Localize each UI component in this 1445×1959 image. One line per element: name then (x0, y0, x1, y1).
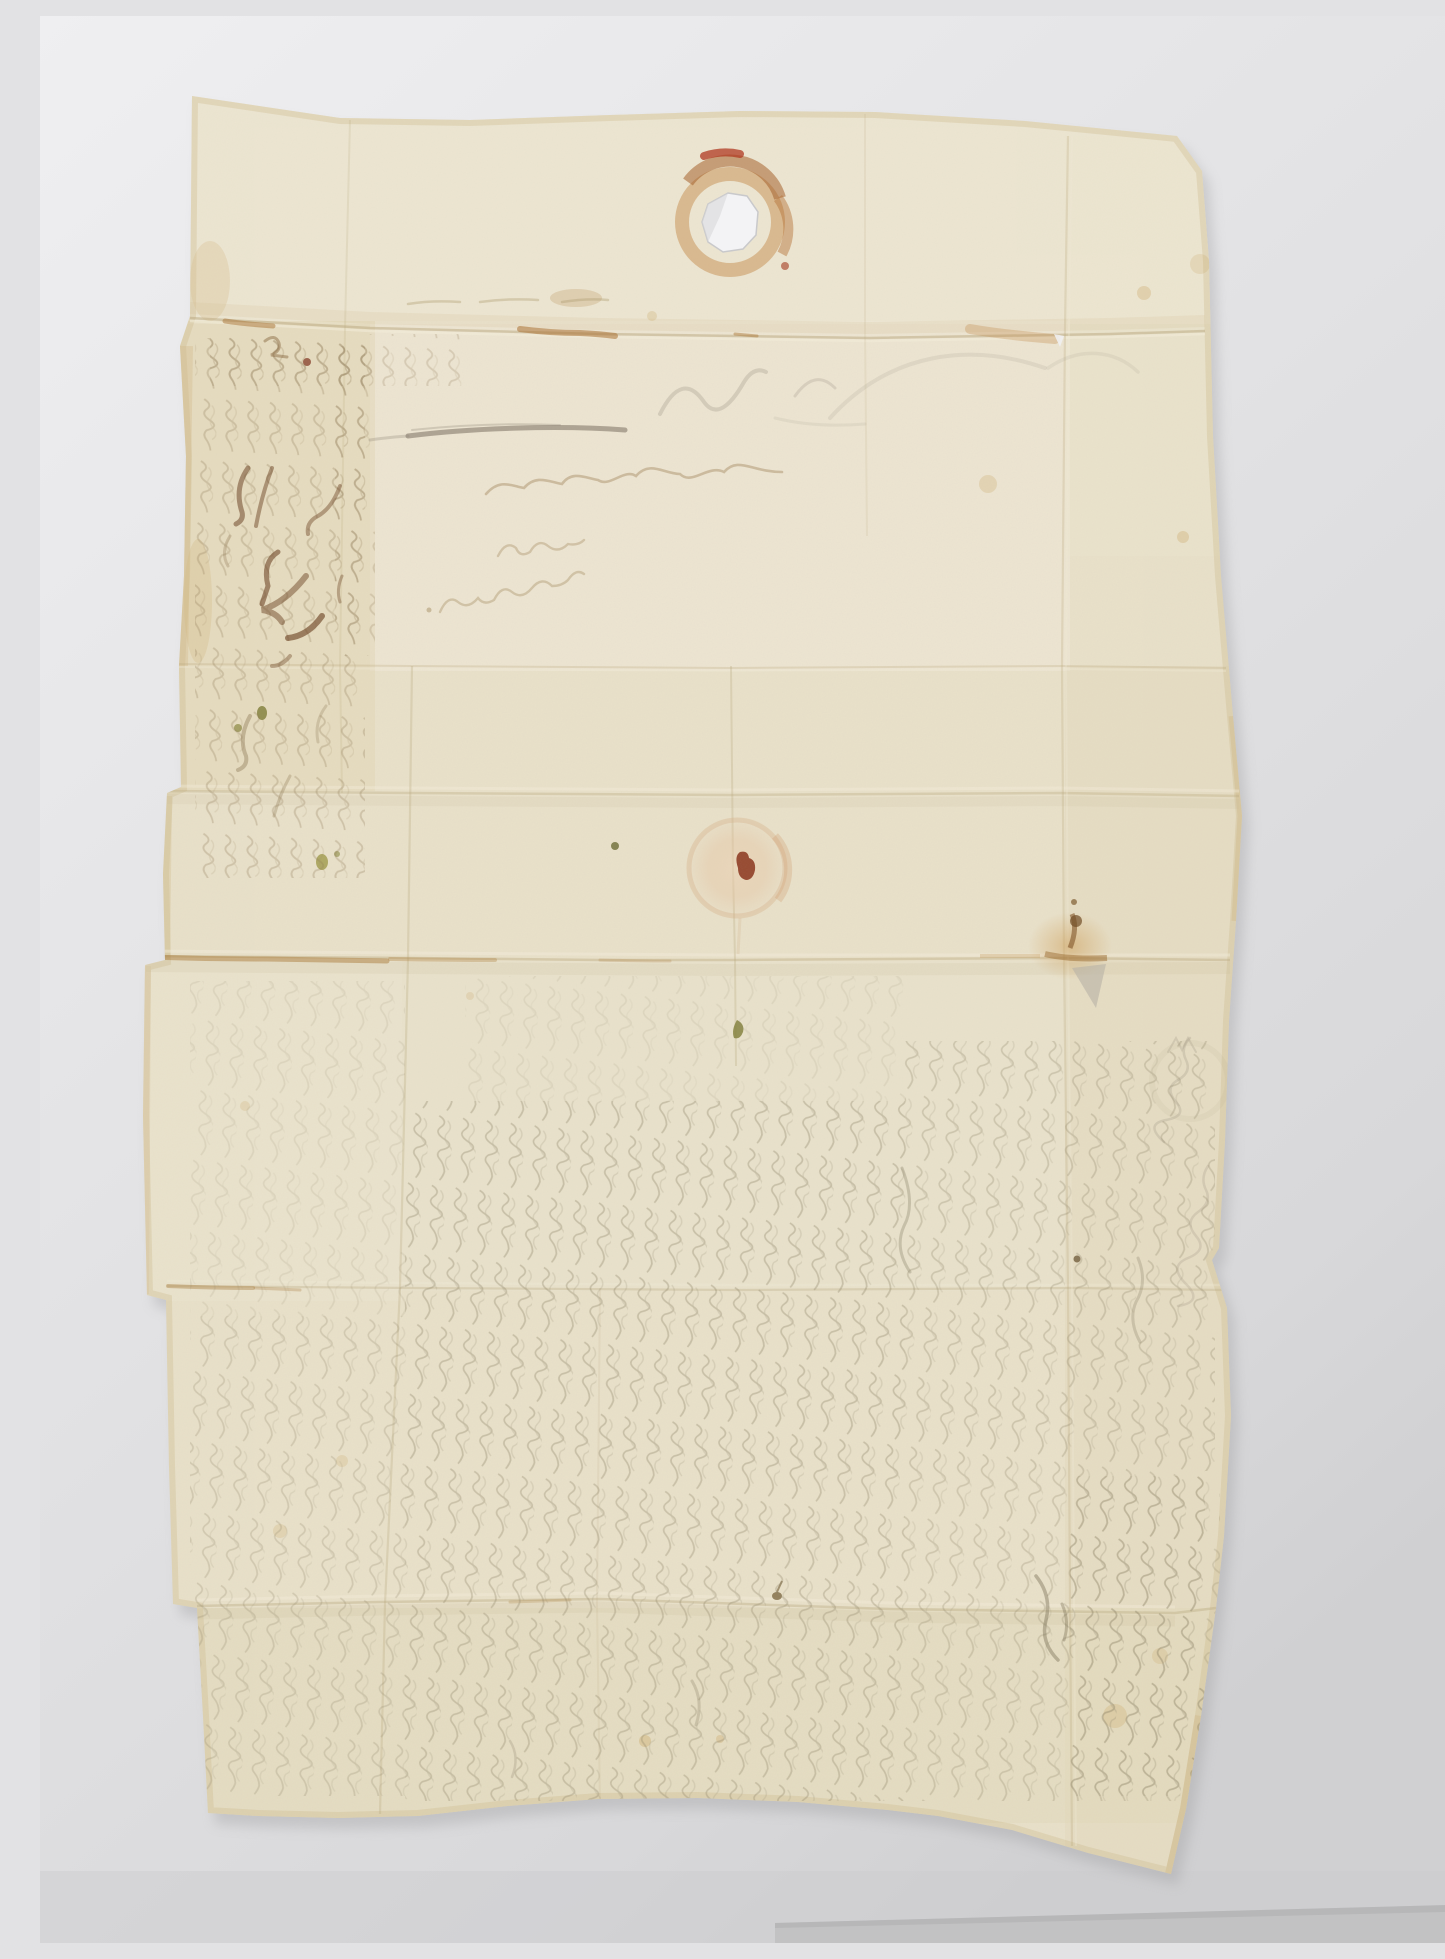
letter-paper (130, 76, 1260, 1886)
photo-canvas (40, 16, 1445, 1943)
letter-photograph (40, 16, 1445, 1943)
paper-grain (130, 76, 1260, 1886)
